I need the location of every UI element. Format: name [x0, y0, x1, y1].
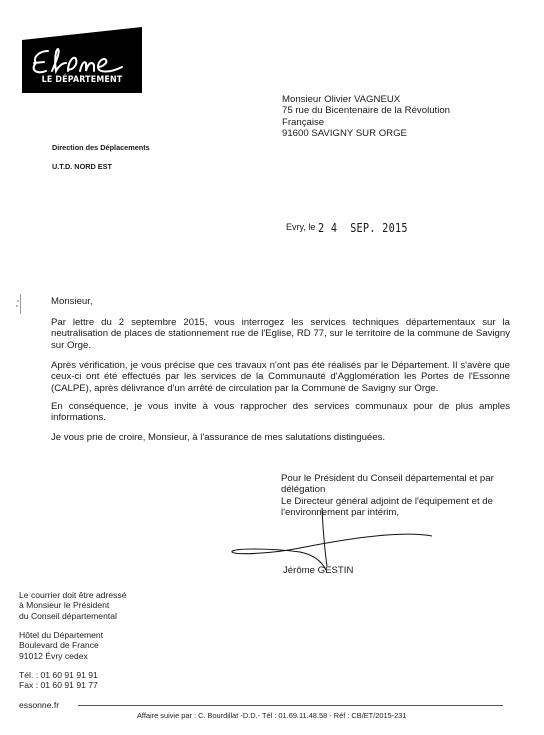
recipient-street: 75 rue du Bicentenaire de la Révolution — [282, 105, 450, 116]
recipient-city: 91600 SAVIGNY SUR ORGE — [282, 128, 450, 139]
address-line: 91012 Évry cedex — [19, 651, 103, 661]
signature-title: Le Directeur général adjoint de l'équipe… — [281, 496, 521, 519]
contact-numbers: Tél. : 01 60 91 91 91 Fax : 01 60 91 91 … — [19, 670, 98, 691]
date-stamp: 2 4 SEP. 2015 — [318, 220, 408, 235]
sender-unit: U.T.D. NORD EST — [52, 162, 112, 171]
department-address: Hôtel du Département Boulevard de France… — [19, 630, 103, 661]
paragraph-2: Après vérification, je vous précise que … — [51, 360, 510, 394]
mail-notice-line: à Monsieur le Président — [19, 600, 126, 610]
signature-block: Pour le Président du Conseil département… — [281, 473, 521, 518]
closing-paragraph: Je vous prie de croire, Monsieur, à l'as… — [51, 432, 510, 443]
scan-margin-mark — [20, 294, 21, 314]
case-reference: Affaire suivie par : C. Bourdillat -D.D.… — [137, 711, 406, 720]
footer-divider — [78, 705, 503, 706]
paragraph-1: Par lettre du 2 septembre 2015, vous int… — [51, 317, 510, 351]
website-link[interactable]: essonne.fr — [19, 700, 59, 710]
recipient-address: Monsieur Olivier VAGNEUX 75 rue du Bicen… — [282, 94, 450, 139]
mail-notice-line: Le courrier doit être adressé — [19, 590, 126, 600]
address-line: Hôtel du Département — [19, 630, 103, 640]
signatory-name: Jérôme GESTIN — [283, 565, 353, 576]
signature-delegation: Pour le Président du Conseil département… — [281, 473, 521, 496]
recipient-street-cont: Française — [282, 117, 450, 128]
salutation: Monsieur, — [51, 296, 510, 307]
essonne-logo: LE DÉPARTEMENT — [22, 27, 142, 97]
fax-number: Fax : 01 60 91 91 77 — [19, 680, 98, 690]
phone-number: Tél. : 01 60 91 91 91 — [19, 670, 98, 680]
date-label: Evry, le — [286, 222, 315, 232]
logo-subtitle: LE DÉPARTEMENT — [29, 75, 135, 85]
paragraph-3: En conséquence, je vous invite à vous ra… — [51, 401, 510, 424]
address-line: Boulevard de France — [19, 640, 103, 650]
sender-direction: Direction des Déplacements — [52, 143, 150, 152]
mail-notice: Le courrier doit être adressé à Monsieur… — [19, 590, 126, 621]
mail-notice-line: du Conseil départemental — [19, 611, 126, 621]
scan-speck — [16, 305, 18, 307]
recipient-name: Monsieur Olivier VAGNEUX — [282, 94, 450, 105]
scan-speck — [17, 300, 19, 302]
logo-background — [22, 27, 142, 97]
